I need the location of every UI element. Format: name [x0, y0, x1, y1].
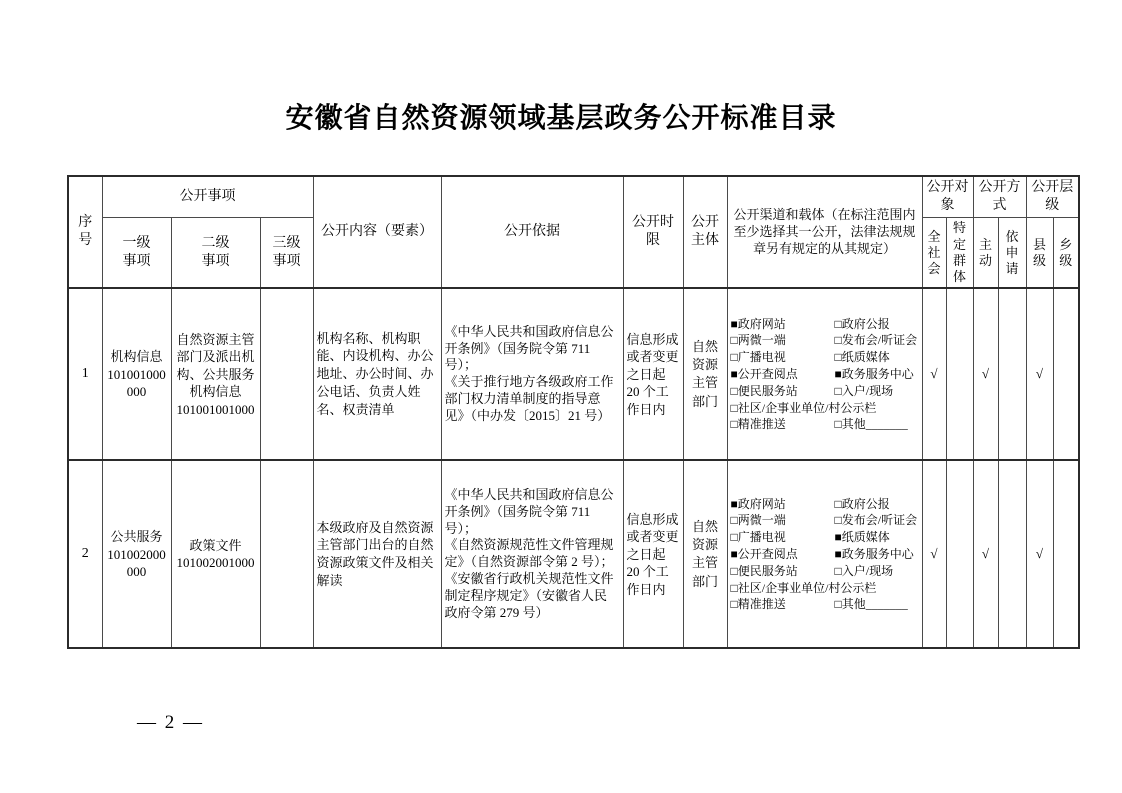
channel-line: ■政府网站□政府公报	[731, 496, 919, 513]
channel-line: ■公开查阅点■政务服务中心	[731, 366, 919, 383]
basis-cell: 《中华人民共和国政府信息公开条例》（国务院令第 711 号）； 《关于推行地方各…	[441, 288, 623, 460]
level2-item-cell: 自然资源主管部门及派出机构、公共服务机构信息 101001001000	[171, 288, 260, 460]
channel-option-unchecked: □政府公报	[835, 497, 890, 511]
header-subject: 公开主体	[683, 176, 727, 288]
channel-option-unchecked: □社区/企事业单位/村公示栏	[731, 401, 877, 415]
channel-line: □两微一端□发布会/听证会	[731, 332, 919, 349]
level2-item-cell: 政策文件 101002001000	[171, 460, 260, 648]
channel-line: □便民服务站□入户/现场	[731, 563, 919, 580]
channel-line: □社区/企事业单位/村公示栏	[731, 400, 919, 417]
channel-option-unchecked: □发布会/听证会	[835, 513, 918, 527]
level1-item-cell: 公共服务 101002000000	[102, 460, 171, 648]
level-township-check	[1053, 288, 1079, 460]
audience-specific-check	[946, 288, 973, 460]
channel-option-unchecked: □发布会/听证会	[835, 333, 918, 347]
level-township-check	[1053, 460, 1079, 648]
header-audience-specific: 特定群体	[946, 218, 973, 289]
level-county-check: √	[1026, 460, 1053, 648]
header-channels: 公开渠道和载体（在标注范围内至少选择其一公开，法律法规规章另有规定的从其规定）	[727, 176, 922, 288]
channels-cell: ■政府网站□政府公报□两微一端□发布会/听证会□广播电视□纸质媒体■公开查阅点■…	[727, 288, 922, 460]
table-row: 2 公共服务 101002000000 政策文件 101002001000 本级…	[68, 460, 1079, 648]
channel-line: □精准推送□其他_______	[731, 596, 919, 613]
channel-option-unchecked: □两微一端	[731, 332, 835, 349]
header-audience-group: 公开对象	[922, 176, 973, 218]
channel-option-unchecked: □入户/现场	[835, 564, 894, 578]
header-level-township: 乡级	[1053, 218, 1079, 289]
header-time-limit: 公开时限	[623, 176, 683, 288]
header-method-active: 主动	[973, 218, 998, 289]
channel-line: □广播电视■纸质媒体	[731, 529, 919, 546]
channel-option-checked: ■公开查阅点	[731, 546, 835, 563]
time-limit-cell: 信息形成或者变更之日起 20 个工作日内	[623, 288, 683, 460]
channel-line: □精准推送□其他_______	[731, 416, 919, 433]
level3-item-cell	[260, 460, 313, 648]
header-level2-item: 二级 事项	[171, 218, 260, 289]
channel-option-unchecked: □精准推送	[731, 416, 835, 433]
channel-option-unchecked: □便民服务站	[731, 383, 835, 400]
channel-option-unchecked: □社区/企事业单位/村公示栏	[731, 581, 877, 595]
channel-line: □两微一端□发布会/听证会	[731, 512, 919, 529]
channel-option-checked: ■政府网站	[731, 496, 835, 513]
header-level-group: 公开层级	[1026, 176, 1079, 218]
channel-line: □社区/企事业单位/村公示栏	[731, 580, 919, 597]
channel-option-unchecked: □两微一端	[731, 512, 835, 529]
audience-all-check: √	[922, 288, 946, 460]
content-cell: 机构名称、机构职能、内设机构、办公地址、办公时间、办公电话、负责人姓名、权责清单	[313, 288, 441, 460]
channel-option-unchecked: □纸质媒体	[835, 350, 890, 364]
level-county-check: √	[1026, 288, 1053, 460]
audience-specific-check	[946, 460, 973, 648]
catalog-table: 序号 公开事项 公开内容（要素） 公开依据 公开时限 公开主体 公开渠道和载体（…	[67, 175, 1080, 649]
method-request-check	[998, 288, 1026, 460]
header-method-request: 依申请	[998, 218, 1026, 289]
channel-line: ■公开查阅点■政务服务中心	[731, 546, 919, 563]
channel-option-unchecked: □其他_______	[835, 417, 908, 431]
header-method-group: 公开方式	[973, 176, 1026, 218]
header-group-row: 序号 公开事项 公开内容（要素） 公开依据 公开时限 公开主体 公开渠道和载体（…	[68, 176, 1079, 218]
header-audience-all: 全社会	[922, 218, 946, 289]
header-items-group: 公开事项	[102, 176, 313, 218]
subject-cell: 自然资源主管部门	[683, 288, 727, 460]
channel-option-unchecked: □其他_______	[835, 597, 908, 611]
method-active-check: √	[973, 288, 998, 460]
channel-option-unchecked: □入户/现场	[835, 384, 894, 398]
channel-option-checked: ■政务服务中心	[835, 367, 914, 381]
header-level1-item: 一级 事项	[102, 218, 171, 289]
header-basis: 公开依据	[441, 176, 623, 288]
basis-cell: 《中华人民共和国政府信息公开条例》（国务院令第 711 号）； 《自然资源规范性…	[441, 460, 623, 648]
level3-item-cell	[260, 288, 313, 460]
seq-cell: 1	[68, 288, 102, 460]
header-level-county: 县级	[1026, 218, 1053, 289]
table-row: 1 机构信息 101001000000 自然资源主管部门及派出机构、公共服务机构…	[68, 288, 1079, 460]
subject-cell: 自然资源主管部门	[683, 460, 727, 648]
header-seq: 序号	[68, 176, 102, 288]
channel-option-checked: ■公开查阅点	[731, 366, 835, 383]
channel-line: ■政府网站□政府公报	[731, 316, 919, 333]
channel-option-checked: ■纸质媒体	[835, 530, 890, 544]
page-number: — 2 —	[137, 712, 204, 734]
page-title: 安徽省自然资源领域基层政务公开标准目录	[0, 96, 1122, 136]
channel-line: □广播电视□纸质媒体	[731, 349, 919, 366]
method-request-check	[998, 460, 1026, 648]
channel-option-unchecked: □广播电视	[731, 529, 835, 546]
header-content: 公开内容（要素）	[313, 176, 441, 288]
header-level3-item: 三级 事项	[260, 218, 313, 289]
method-active-check: √	[973, 460, 998, 648]
seq-cell: 2	[68, 460, 102, 648]
channel-option-unchecked: □便民服务站	[731, 563, 835, 580]
level1-item-cell: 机构信息 101001000000	[102, 288, 171, 460]
channel-option-unchecked: □政府公报	[835, 317, 890, 331]
channels-cell: ■政府网站□政府公报□两微一端□发布会/听证会□广播电视■纸质媒体■公开查阅点■…	[727, 460, 922, 648]
channel-option-unchecked: □广播电视	[731, 349, 835, 366]
channel-option-checked: ■政府网站	[731, 316, 835, 333]
channel-option-unchecked: □精准推送	[731, 596, 835, 613]
channel-option-checked: ■政务服务中心	[835, 547, 914, 561]
document-page: 安徽省自然资源领域基层政务公开标准目录 序号 公开事项 公开内容（要素） 公开依…	[0, 0, 1122, 793]
content-cell: 本级政府及自然资源主管部门出台的自然资源政策文件及相关解读	[313, 460, 441, 648]
audience-all-check: √	[922, 460, 946, 648]
channel-line: □便民服务站□入户/现场	[731, 383, 919, 400]
time-limit-cell: 信息形成或者变更之日起 20 个工作日内	[623, 460, 683, 648]
